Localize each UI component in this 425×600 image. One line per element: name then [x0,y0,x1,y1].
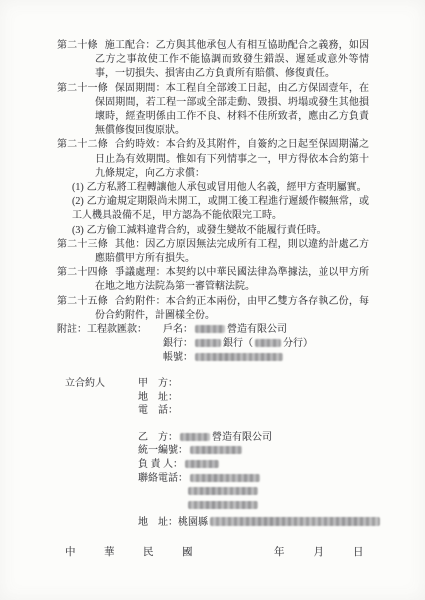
clause-24-text: 爭議處理：本契約以中華民國法律為準據法，並以甲方所在地之地方法院為第一審管轄法院… [95,267,369,292]
bank-details: 戶名：營造有限公司 銀行：銀行（分行） 帳號： [163,323,313,366]
redaction-party-b-name [180,433,210,441]
month-label: 月 [314,547,325,558]
party-b-name-line: 乙 方：營造有限公司 [138,431,382,445]
remittance-note: 附註：工程款匯款： 戶名：營造有限公司 銀行：銀行（分行） 帳號： [57,323,369,366]
party-a-phone-line: 電 話： [138,404,382,418]
clause-20-text: 施工配合：乙方與其他承包人有相互協助配合之義務，如因乙方之事故使工作不能協調而致… [95,40,369,79]
party-a-name-label: 甲 方： [138,378,178,389]
day-label: 日 [353,547,364,558]
clause-23: 第二十三條其他：因乙方原因無法完成所有工程，則以違約計處乙方應賠償甲方所有損失。 [57,238,369,266]
redaction-address [210,517,380,526]
clause-25-number: 第二十五條 [57,296,108,307]
party-b-uniform-no-line: 統一編號： [138,444,382,458]
clause-24: 第二十四條爭議處理：本契約以中華民國法律為準據法，並以甲方所在地之地方法院為第一… [57,266,369,294]
clause-24-number: 第二十四條 [57,267,108,278]
party-a-name-line: 甲 方： [138,377,382,391]
clause-25-text: 合約附件：本合約正本兩份，由甲乙雙方各存執乙份，每份合約附件，計圖樣全份。 [95,296,369,321]
redaction-principal [185,460,219,468]
contract-page: 第二十條施工配合：乙方與其他承包人有相互協助配合之義務，如因乙方之事故使工作不能… [0,0,425,600]
party-b-phone-line-2 [138,485,382,499]
party-gap [138,418,382,431]
signature-section: 立合約人 甲 方： 地 址： 電 話： 乙 方：營造有限公司 統一編號： 負 責… [65,377,385,530]
party-b-name-suffix: 營造有限公司 [212,432,272,443]
clause-21-text: 保固期間：本工程自全部竣工日起，由乙方保固壹年，在保固期間，若工程一部或全部走動… [95,83,369,137]
bank-line: 銀行：銀行（分行） [163,337,313,351]
redaction-branch-name [255,339,281,347]
clause-21: 第二十一條保固期間：本工程自全部竣工日起，由乙方保固壹年，在保固期間，若工程一部… [57,82,369,139]
clause-22: 第二十二條合約時效：本合約及其附件，自簽約之日起至保固期滿之日止為有效期間。惟如… [57,138,369,237]
redaction-company-name [195,325,225,333]
clause-25: 第二十五條合約附件：本合約正本兩份，由甲乙雙方各存執乙份，每份合約附件，計圖樣全… [57,295,369,323]
party-b-phone-line-3 [138,499,382,513]
party-b-address-prefix: 桃園縣 [178,517,208,528]
party-b-phone-line: 聯絡電話： [138,472,382,486]
clause-23-text: 其他：因乙方原因無法完成所有工程，則以違約計處乙方應賠償甲方所有損失。 [95,239,369,264]
party-a-phone-label: 電 話： [138,405,178,416]
redaction-phone-1 [190,474,260,482]
item-3-text: 乙方偷工減料違背合約，或發生變故不能履行責任時。 [87,225,327,236]
signature-row: 立合約人 甲 方： 地 址： 電 話： 乙 方：營造有限公司 統一編號： 負 責… [65,377,385,530]
party-b-address-line: 地 址：桃園縣 [138,516,382,530]
contact-phone-label: 聯絡電話： [138,473,188,484]
party-b-name-label: 乙 方： [138,432,178,443]
account-name-line: 戶名：營造有限公司 [163,323,313,337]
account-name-label: 戶名： [163,324,193,335]
clause-23-number: 第二十三條 [57,239,108,250]
clause-21-number: 第二十一條 [57,83,108,94]
clause-22-items: (1)乙方私將工程轉讓他人承包或冒用他人名義，經甲方查明屬實。 (2)乙方逾規定… [72,181,369,238]
clause-22-item-2: (2)乙方逾規定期限尚未開工，或開工後工程進行遲緩作輟無常，或工人機具設備不足，… [72,195,369,223]
account-name-suffix: 營造有限公司 [227,324,287,335]
item-1-number: (1) [72,182,84,193]
contract-body: 第二十條施工配合：乙方與其他承包人有相互協助配合之義務，如因乙方之事故使工作不能… [57,39,369,366]
clause-20-number: 第二十條 [57,40,98,51]
redaction-bank-name [195,339,221,347]
clause-22-text: 合約時效：本合約及其附件，自簽約之日起至保固期滿之日止為有效期間。惟如有下列情事… [95,139,369,178]
bank-suffix: 分行） [283,338,313,349]
party-b-principal-line: 負 責 人： [138,458,382,472]
bank-label: 銀行： [163,338,193,349]
remittance-note-label: 附註：工程款匯款： [57,323,147,366]
account-number-label: 帳號： [163,352,193,363]
item-2-number: (2) [72,196,84,207]
redaction-uniform-no [190,446,242,454]
clause-22-number: 第二十二條 [57,139,108,150]
redaction-phone-3 [188,501,258,509]
account-number-line: 帳號： [163,351,313,365]
signature-fields: 甲 方： 地 址： 電 話： 乙 方：營造有限公司 統一編號： 負 責 人： 聯… [138,377,382,530]
item-3-number: (3) [72,225,84,236]
roc-era-label: 中華民國 [65,547,221,558]
item-2-text: 乙方逾規定期限尚未開工，或開工後工程進行遲緩作輟無常，或工人機具設備不足，甲方認… [72,196,369,221]
party-a-address-line: 地 址： [138,391,382,405]
clause-20: 第二十條施工配合：乙方與其他承包人有相互協助配合之義務，如因乙方之事故使工作不能… [57,39,369,82]
year-label: 年 [274,547,285,558]
principal-label: 負 責 人： [138,459,183,470]
party-a-address-label: 地 址： [138,392,178,403]
party-b-address-label: 地 址： [138,517,178,528]
clause-22-item-1: (1)乙方私將工程轉讓他人承包或冒用他人名義，經甲方查明屬實。 [72,181,369,195]
bank-mid: 銀行（ [223,338,253,349]
item-1-text: 乙方私將工程轉讓他人承包或冒用他人名義，經甲方查明屬實。 [87,182,367,193]
date-line: 中華民國年月日 [65,544,375,559]
signatories-heading: 立合約人 [65,377,138,530]
redaction-account-number [195,353,283,361]
redaction-phone-2 [188,487,258,495]
clause-22-item-3: (3)乙方偷工減料違背合約，或發生變故不能履行責任時。 [72,224,369,238]
uniform-no-label: 統一編號： [138,445,188,456]
